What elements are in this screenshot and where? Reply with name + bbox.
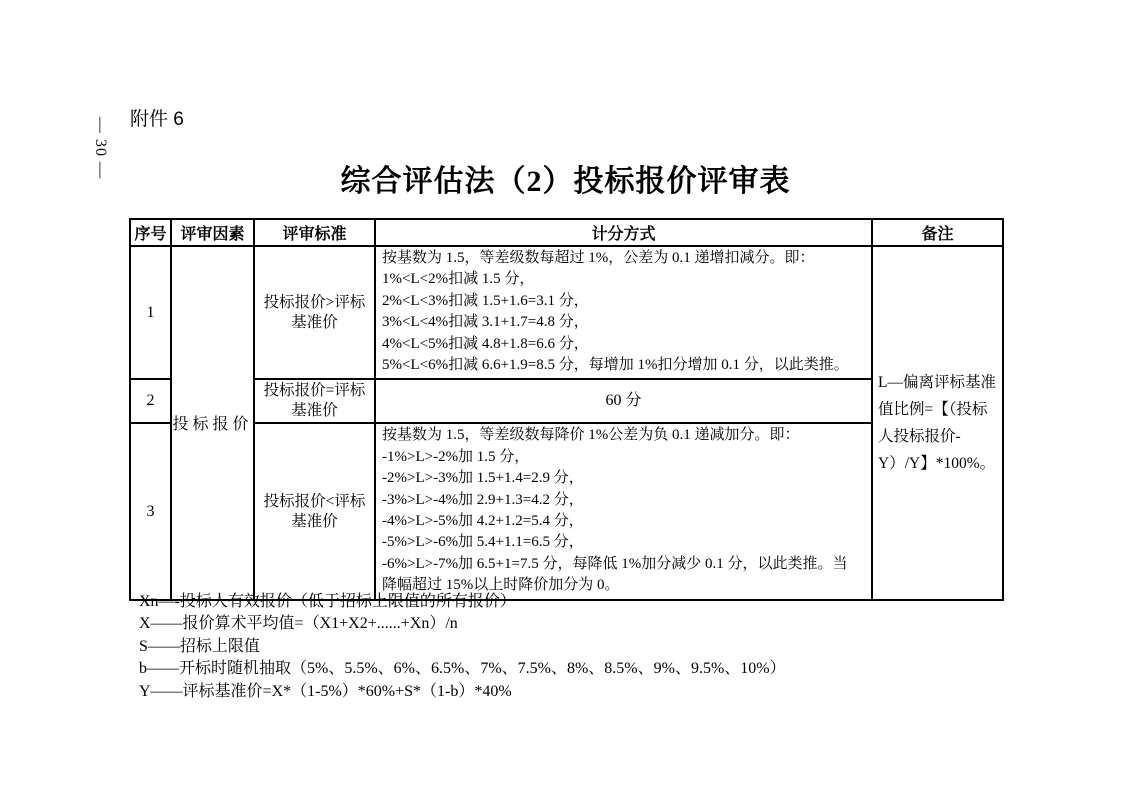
scoring-cell: 按基数为 1.5，等差级数每降价 1%公差为负 0.1 递减加分。即： -1%>… bbox=[375, 423, 872, 599]
standard-cell: 投标报价<评标基准价 bbox=[254, 423, 375, 599]
note-line-xn: Xn—-投标人有效报价（低于招标上限值的所有报价） bbox=[139, 591, 786, 613]
table-row: 1 投标报价 投标报价>评标基准价 按基数为 1.5，等差级数每超过 1%，公差… bbox=[130, 246, 1003, 379]
factor-cell: 投标报价 bbox=[171, 246, 254, 600]
note-line-y: Y——评标基准价=X*（1-5%）*60%+S*（1-b）*40% bbox=[139, 681, 786, 703]
footnotes: Xn—-投标人有效报价（低于招标上限值的所有报价） X——报价算术平均值=（X1… bbox=[139, 591, 786, 703]
gutter-page-number: — 30 — bbox=[87, 105, 109, 191]
scoring-cell: 60 分 bbox=[375, 379, 872, 423]
scoring-cell: 按基数为 1.5，等差级数每超过 1%，公差为 0.1 递增扣减分。即： 1%<… bbox=[375, 246, 872, 379]
row-number: 2 bbox=[130, 379, 171, 423]
review-table: 序号 评审因素 评审标准 计分方式 备注 1 投标报价 投标报价>评标基准价 按… bbox=[129, 218, 1004, 601]
note-line-b: b——开标时随机抽取（5%、5.5%、6%、6.5%、7%、7.5%、8%、8.… bbox=[139, 658, 786, 680]
header-cell-serial: 序号 bbox=[130, 219, 171, 246]
page-title: 综合评估法（2）投标报价评审表 bbox=[129, 156, 1002, 200]
standard-cell: 投标报价>评标基准价 bbox=[254, 246, 375, 379]
row-number: 3 bbox=[130, 423, 171, 599]
table-header-row: 序号 评审因素 评审标准 计分方式 备注 bbox=[130, 219, 1003, 246]
header-cell-scoring: 计分方式 bbox=[375, 219, 872, 246]
attachment-label: 附件 6 bbox=[130, 104, 184, 131]
row-number: 1 bbox=[130, 246, 171, 379]
note-line-x: X——报价算术平均值=（X1+X2+......+Xn）/n bbox=[139, 613, 786, 635]
header-cell-remark: 备注 bbox=[872, 219, 1003, 246]
remark-cell: L—偏离评标基准值比例=【（投标人投标报价-Y）/Y】*100%。 bbox=[872, 246, 1003, 600]
header-cell-standard: 评审标准 bbox=[254, 219, 375, 246]
note-line-s: S——招标上限值 bbox=[139, 636, 786, 658]
standard-cell: 投标报价=评标基准价 bbox=[254, 379, 375, 423]
header-cell-factor: 评审因素 bbox=[171, 219, 254, 246]
